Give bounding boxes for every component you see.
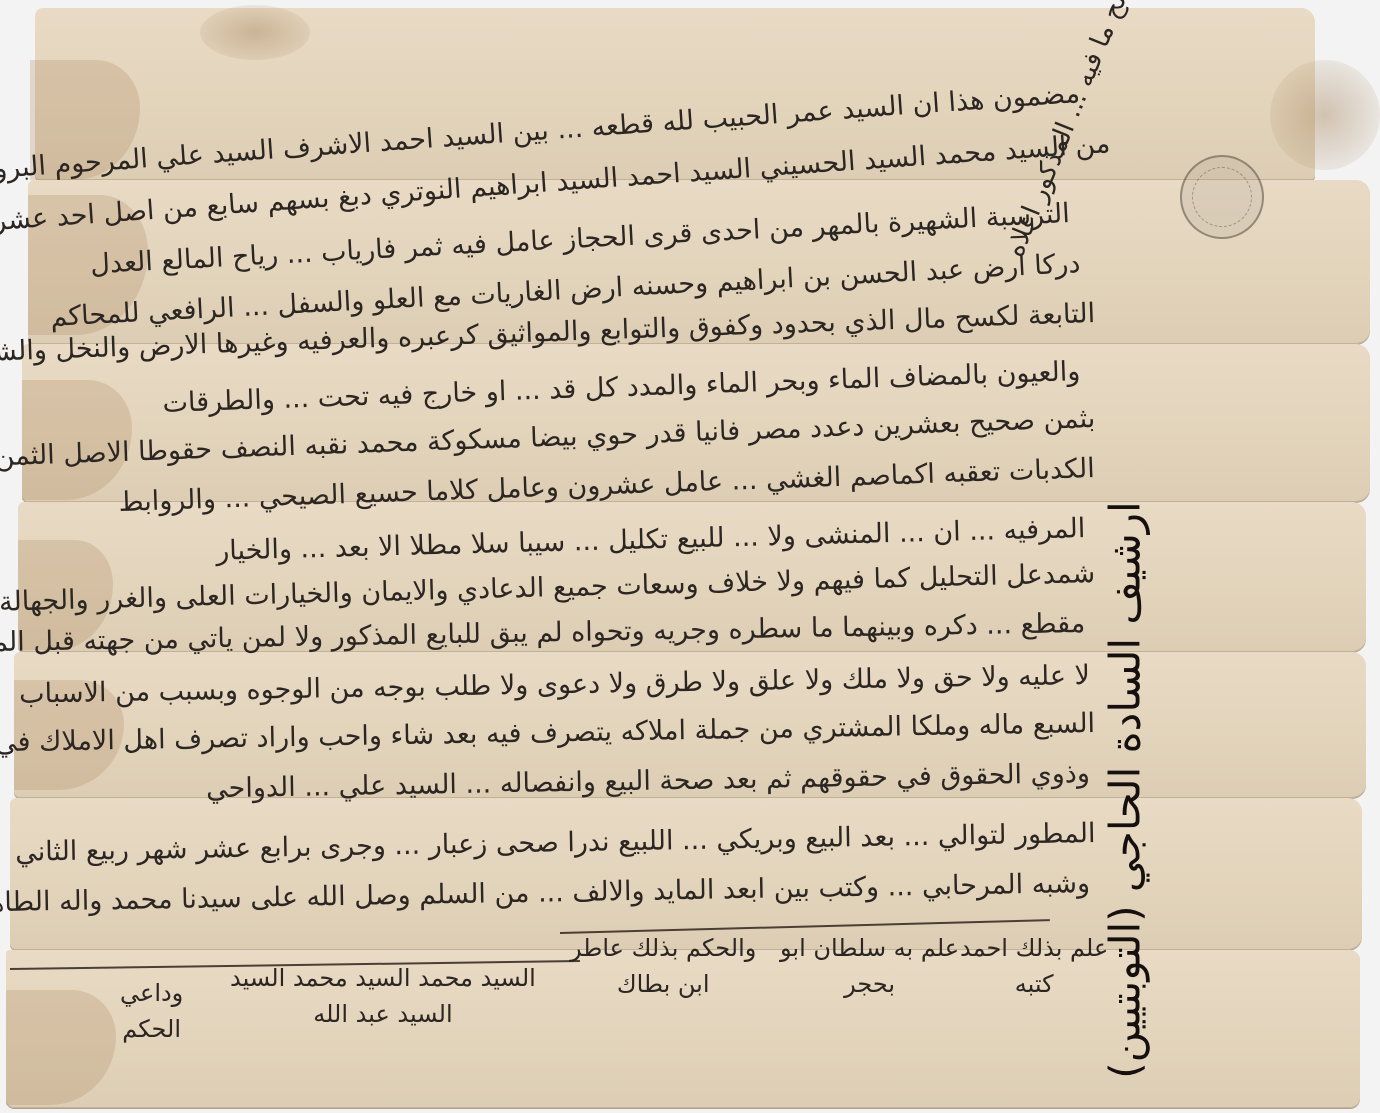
manuscript-sheet: مضمون هذا ان السيد عمر الحبيب لله قطعه .… (0, 0, 1380, 1113)
signature-name: والحكم بذلك عاطر (570, 930, 756, 966)
signature-title: ابن بطاك (570, 966, 756, 1002)
archive-label: ارشيف السادة الحاجي (التوبتيين) (1095, 470, 1155, 1110)
signature-name: السيد محمد السيد محمد السيد (230, 960, 536, 996)
paper-strip-6 (10, 798, 1362, 950)
witness-signature: علم به سلطان ابو بحجر (780, 930, 959, 1002)
archive-label-text: ارشيف السادة الحاجي (التوبتيين) (1101, 501, 1150, 1078)
signature-title: كتبه (960, 966, 1108, 1002)
signature-name: وداعي (120, 975, 183, 1011)
signature-name: علم بذلك احمد (960, 930, 1108, 966)
signature-name: علم به سلطان ابو (780, 930, 959, 966)
witness-signature: وداعي الحكم (120, 975, 183, 1047)
witness-signature: والحكم بذلك عاطر ابن بطاك (570, 930, 756, 1002)
signature-title: السيد عبد الله (230, 996, 536, 1032)
witness-signature: السيد محمد السيد محمد السيد السيد عبد ال… (230, 960, 536, 1032)
ink-seal-stamp (1180, 155, 1264, 239)
signature-title: الحكم (120, 1011, 183, 1047)
signature-title: بحجر (780, 966, 959, 1002)
witness-signature: علم بذلك احمد كتبه (960, 930, 1108, 1002)
